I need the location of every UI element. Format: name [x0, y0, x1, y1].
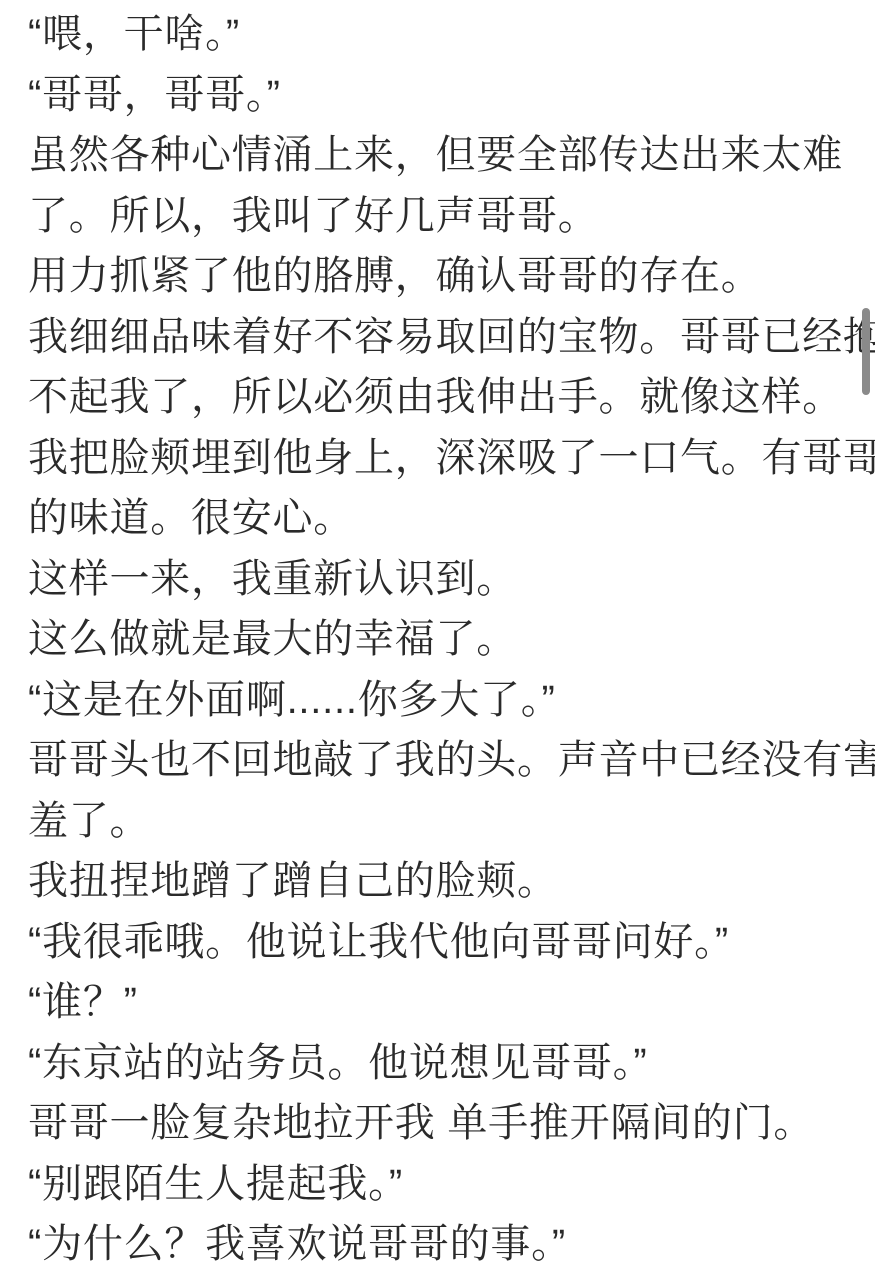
- text-line: “这是在外面啊......你多大了。”: [28, 670, 847, 731]
- text-line: 的味道。很安心。: [28, 488, 847, 549]
- text-line: 用力抓紧了他的胳膊，确认哥哥的存在。: [28, 246, 847, 307]
- text-line: “谁？”: [28, 972, 847, 1033]
- text-line: “喂，干啥。”: [28, 4, 847, 65]
- text-line: “东京站的站务员。他说想见哥哥。”: [28, 1033, 847, 1094]
- text-line: 不起我了，所以必须由我伸出手。就像这样。: [28, 367, 847, 428]
- text-line: 虽然各种心情涌上来，但要全部传达出来太难: [28, 125, 847, 186]
- text-line: 这么做就是最大的幸福了。: [28, 609, 847, 670]
- text-line: “我很乖哦。他说让我代他向哥哥问好。”: [28, 912, 847, 973]
- text-line: 哥哥头也不回地敲了我的头。声音中已经没有害: [28, 730, 847, 791]
- reader-page: “喂，干啥。” “哥哥，哥哥。” 虽然各种心情涌上来，但要全部传达出来太难 了。…: [0, 0, 875, 1280]
- novel-text-block: “喂，干啥。” “哥哥，哥哥。” 虽然各种心情涌上来，但要全部传达出来太难 了。…: [0, 4, 875, 1275]
- scrollbar-thumb[interactable]: [862, 308, 870, 395]
- text-line: 羞了。: [28, 791, 847, 852]
- text-line: “别跟陌生人提起我。”: [28, 1154, 847, 1215]
- text-line: 这样一来，我重新认识到。: [28, 549, 847, 610]
- text-line: “为什么？我喜欢说哥哥的事。”: [28, 1214, 847, 1275]
- text-line: 了。所以，我叫了好几声哥哥。: [28, 186, 847, 247]
- text-line: 哥哥一脸复杂地拉开我 单手推开隔间的门。: [28, 1093, 847, 1154]
- text-line: 我细细品味着好不容易取回的宝物。哥哥已经抱: [28, 307, 847, 368]
- text-line: “哥哥，哥哥。”: [28, 65, 847, 126]
- text-line: 我把脸颊埋到他身上，深深吸了一口气。有哥哥: [28, 428, 847, 489]
- text-line: 我扭捏地蹭了蹭自己的脸颊。: [28, 851, 847, 912]
